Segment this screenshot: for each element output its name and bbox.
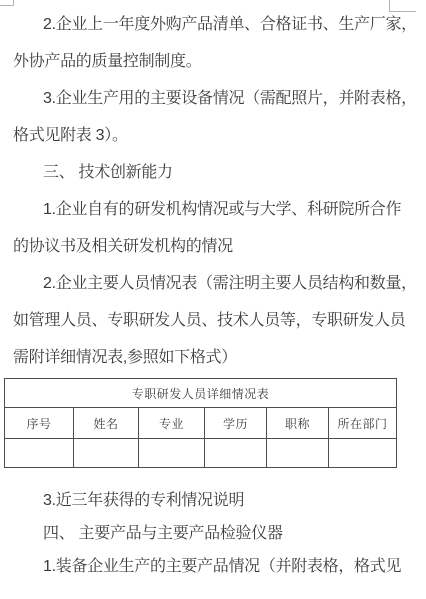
doc-line: 1.企业自有的研发机构情况或与大学、科研院所合作 — [13, 189, 412, 226]
doc-line: 格式见附表 3）。 — [13, 115, 412, 152]
table-title: 专职研发人员详细情况表 — [5, 379, 397, 408]
margin-crop-mark-top-left — [0, 0, 14, 6]
table-cell-empty[interactable] — [5, 439, 74, 468]
column-header-major: 专业 — [139, 408, 205, 439]
doc-line: 3.近三年获得的专利情况说明 — [13, 482, 412, 515]
column-header-education: 学历 — [205, 408, 267, 439]
personnel-table: 专职研发人员详细情况表 序号 姓名 专业 学历 职称 所在部门 — [4, 378, 397, 468]
column-header-department: 所在部门 — [329, 408, 397, 439]
table-cell-empty[interactable] — [267, 439, 329, 468]
doc-line: 的协议书及相关研发机构的情况 — [13, 226, 412, 263]
table-row — [5, 439, 397, 468]
table-cell-empty[interactable] — [329, 439, 397, 468]
doc-line: 2.企业上一年度外购产品清单、合格证书、生产厂家， — [13, 4, 412, 41]
table-cell-empty[interactable] — [74, 439, 139, 468]
document-body: 2.企业上一年度外购产品清单、合格证书、生产厂家， 外协产品的质量控制制度。 3… — [13, 0, 412, 581]
section-heading-3: 三、 技术创新能力 — [13, 152, 412, 189]
table-cell-empty[interactable] — [205, 439, 267, 468]
doc-line: 2.企业主要人员情况表（需注明主要人员结构和数量， — [13, 263, 412, 300]
doc-line: 如管理人员、专职研发人员、技术人员等，专职研发人员 — [13, 300, 412, 337]
doc-line: 需附详细情况表,参照如下格式） — [13, 337, 412, 374]
column-header-title: 职称 — [267, 408, 329, 439]
doc-line: 外协产品的质量控制制度。 — [13, 41, 412, 78]
table-cell-empty[interactable] — [139, 439, 205, 468]
doc-line: 3.企业生产用的主要设备情况（需配照片，并附表格， — [13, 78, 412, 115]
document-page: { "page": { "background": "#ffffff", "te… — [0, 0, 426, 599]
column-header-name: 姓名 — [74, 408, 139, 439]
section-heading-4: 四、 主要产品与主要产品检验仪器 — [13, 515, 412, 548]
doc-line: 1.装备企业生产的主要产品情况（并附表格，格式见 — [13, 548, 412, 581]
column-header-serial: 序号 — [5, 408, 74, 439]
